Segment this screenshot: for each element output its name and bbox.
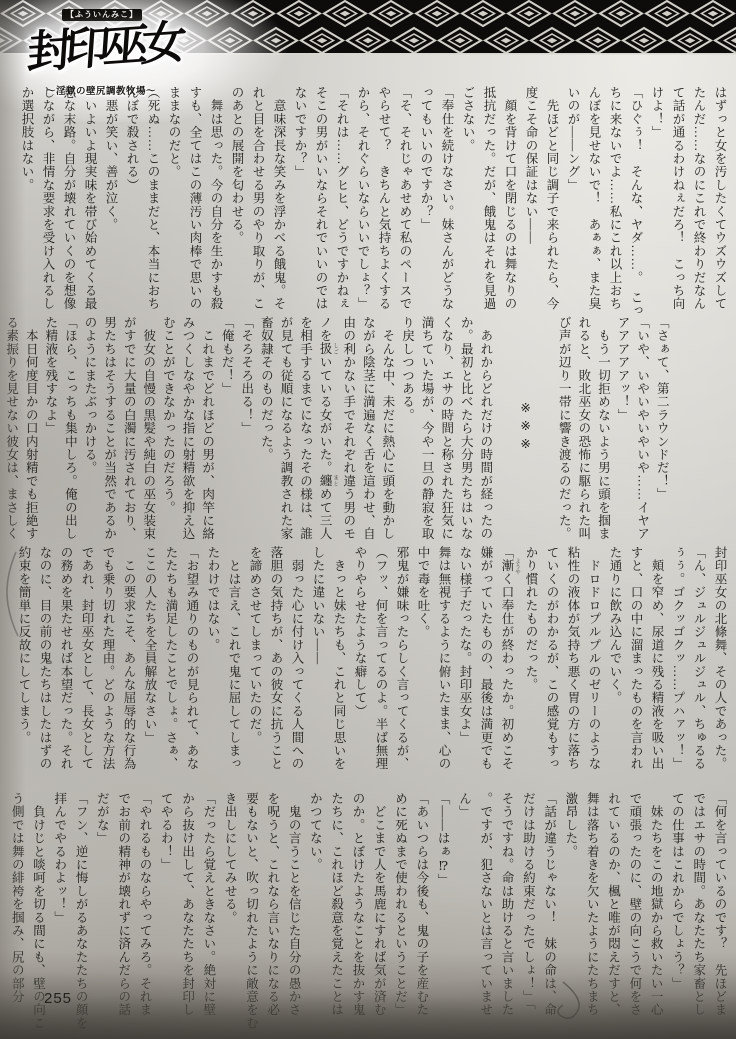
text-column: 悪が笑い、善が泣く。: [100, 86, 121, 307]
text-column: 封印巫女の北條舞、その人であった。: [709, 546, 730, 784]
text-column: ドロドロプルプルのゼリーのような: [583, 546, 604, 784]
text-column: 先ほどと同じ調子で来られたら、今: [541, 86, 562, 307]
text-column: すも、全てはこの薄汚い肉棒で思いの: [184, 86, 205, 307]
text-column: か選択肢はない。: [16, 86, 37, 307]
text-column: ではエサの時間。あなたたち家畜とし: [687, 792, 708, 1018]
text-column: したに違いない――: [307, 546, 328, 784]
text-column: 「ん、ジュルジュルジュル、ちゅるる: [688, 546, 709, 784]
series-logo: 【ふういんみこ】 封印巫女 ～淫獄の壁尻調教牧場～: [28, 4, 238, 97]
text-column: そこの男がいいならそれでいいのでは: [310, 86, 331, 307]
text-column: を呪うと、これなら言いなりになる必: [261, 792, 282, 1018]
text-column: もう一切拒めないよう男に頭を掴ま: [593, 316, 613, 542]
text-column: しながら、非情な要求を受け入れるし: [37, 86, 58, 307]
text-column: 「だったら覚えときなさい。絶対に壁: [198, 792, 219, 1018]
text-column: であれ、封印巫女として、長女として: [76, 546, 97, 784]
text-column: ん」: [453, 792, 474, 1018]
text-column: [534, 316, 554, 542]
text-column: めに死ぬまで使われるということだ」: [389, 792, 410, 1018]
text-column: 「話が違うじゃない！ 妹の命は、命: [538, 792, 559, 1018]
text-column: けよ！」: [646, 86, 667, 307]
text-column: のあとの展開を匂わせる。: [226, 86, 247, 307]
text-column: そんな中、未だに熱心に頭を動かし: [377, 316, 397, 542]
text-column: んぼを見せないで！ あぁぁ、また臭: [583, 86, 604, 307]
text-column: （死ぬ……このままだと、本当におち: [142, 86, 163, 307]
text-column: ごさない。: [457, 86, 478, 307]
text-column: 「それは……グヒヒ、どうですかねぇ: [331, 86, 352, 307]
text-band-3: 封印巫女の北條舞、その人であった。「ん、ジュルジュルジュル、ちゅるるぅぅ。ゴクッ…: [13, 546, 730, 784]
text-column: う側では舞の緋袴を掴み、尻の部分: [6, 792, 27, 1018]
text-column: 「奉仕を続けなさい。妹さんがどうな: [436, 86, 457, 307]
text-column: ての仕事はこれからでしょう？」: [666, 792, 687, 1018]
text-column: 「あいつらは今後も、鬼の子を産むた: [411, 792, 432, 1018]
text-column: 妹たちをこの地獄から救いたい一心: [645, 792, 666, 1018]
text-column: くなり、エサの時間と称された狂気に: [436, 316, 456, 542]
text-column: 邪鬼が嫌味ったらしく言ってくるが、: [391, 546, 412, 784]
novel-page: 【ふういんみこ】 封印巫女 ～淫獄の壁尻調教牧場～ はずっと女を汚したくてウズウ…: [0, 0, 736, 1039]
text-column: 「さぁて、第二ラウンドだ！」: [652, 316, 672, 542]
text-column: あれからどれだけの時間が経ったの: [475, 316, 495, 542]
text-column: のようにまたぶっかける。: [79, 316, 99, 542]
text-column: すと、口の中に溜まったものを言われ: [625, 546, 646, 784]
text-column: から、それぐらいならいいでしょ？」: [352, 86, 373, 307]
text-column: 意味深長な笑みを浮かべる餓鬼。そ: [268, 86, 289, 307]
text-column: 粘性の液体が気持ち悪く胃の方に落ち: [562, 546, 583, 784]
text-column: たんだ……なのにこれで終わりだなん: [688, 86, 709, 307]
text-column: んぼで殺される）: [121, 86, 142, 307]
text-column: 男たちはそうすることが当然であるか: [99, 316, 119, 542]
text-column: ながら陰茎に満遍なく舌を這わせ、自: [358, 316, 378, 542]
text-column: でお前の精神が壊れずに済んだらの話: [112, 792, 133, 1018]
text-column: た精液を残すなよ」: [40, 316, 60, 542]
text-column: そうですね。命は助けると言いました: [496, 792, 517, 1018]
logo-title: 封印巫女: [26, 1, 240, 81]
text-column: たちに、これほど殺意を覚えたことは: [325, 792, 346, 1018]
text-column: どこまで人を馬鹿にすれば気が済む: [368, 792, 389, 1018]
text-column: り戻しつつある。: [397, 316, 417, 542]
text-column: 要もないと、吹っ切れたように敵意をむ: [240, 792, 261, 1018]
page-number: 255: [44, 990, 72, 1007]
text-column: て話が通るわけねぇだろ！ こっち向: [667, 86, 688, 307]
text-column: か。最初と比べたら大分男たちはいな: [456, 316, 476, 542]
text-column: 負けじと啖呵を切る間にも、壁の向こ: [27, 792, 48, 1018]
text-column: [495, 316, 515, 542]
text-column: ノを扱しごいている女がいた。纏まとめて三人: [315, 316, 339, 542]
text-column: から抜け出して、あなたたちを封印し: [176, 792, 197, 1018]
text-column: 「――はぁ⁉」: [432, 792, 453, 1018]
text-column: れているのか、楓と唯が悶えだすと、: [602, 792, 623, 1018]
text-column: 「漸ようやく口奉仕が終わったか。初めこそ: [496, 546, 520, 784]
text-column: いのが――ング」: [562, 86, 583, 307]
text-column: ていくのがわかるが、この感覚もすっ: [541, 546, 562, 784]
text-column: き出しにしてみせる。: [219, 792, 240, 1018]
text-column: 彼女の自慢の黒髪や純白の巫女装束: [138, 316, 158, 542]
text-column: ここの人たちを全員解放なさい」: [139, 546, 160, 784]
text-column: きっと妹たちも、これと同じ思いを: [328, 546, 349, 784]
text-column: かつてない。: [304, 792, 325, 1018]
text-column: 舞は思った。今の自分を生かすも殺: [205, 86, 226, 307]
text-band-1: はずっと女を汚したくてウズウズしてたんだ……なのにこれで終わりだなんて話が通るわ…: [16, 86, 730, 307]
text-column: だけは助ける約束だったでしょ！」「: [517, 792, 538, 1018]
text-column: かり慣れたものだった。: [520, 546, 541, 784]
text-column: 約束を簡単に反故にしてしまう。: [13, 546, 34, 784]
text-column: 「そろそろ出る！」: [236, 316, 256, 542]
text-column: を相手するまでになったその様は、誰: [295, 316, 315, 542]
text-column: ない様子だったな。封印巫女よ」: [454, 546, 475, 784]
text-column: ままなのだと。: [163, 86, 184, 307]
text-column: 由の利かない手でそれぞれ違う男のモ: [338, 316, 358, 542]
text-column: 「俺もだ！」: [217, 316, 237, 542]
text-column: で頑張ったのに、壁の向こうで何をさ: [624, 792, 645, 1018]
text-column: 落胆の気持ちが、あの彼女に抗うこと: [265, 546, 286, 784]
text-column: 「ほら、こっちも集中しろ。俺の出し: [60, 316, 80, 542]
text-column: を諦めさせてしまっていたのだ。: [244, 546, 265, 784]
text-column: むことができなかったのだろう。: [158, 316, 178, 542]
text-column: 「フン、逆に悔しがるあなたたちの顔を: [70, 792, 91, 1018]
text-column: みつくしなやかな指に射精欲を抑え込: [177, 316, 197, 542]
text-column: はずっと女を汚したくてウズウズして: [709, 86, 730, 307]
text-column: [691, 316, 711, 542]
text-column: び声が辺り一帯に響き渡るのだった。: [554, 316, 574, 542]
text-column: てやるわ！」: [155, 792, 176, 1018]
text-column: る素振りを見せない彼女は、まさしく: [1, 316, 21, 542]
text-column: た通りに飲み込んでいく。: [604, 546, 625, 784]
text-column: だがな」: [91, 792, 112, 1018]
text-column: 拝んでやるわよッ！」: [49, 792, 70, 1018]
text-column: の務めを果たせれば本望だった。それ: [55, 546, 76, 784]
text-column: 顔を背けて口を閉じるのは舞なりの: [499, 86, 520, 307]
text-column: ってもいいのですか？」: [415, 86, 436, 307]
text-column: 舞は無視するように俯いたまま、心の: [433, 546, 454, 784]
text-column: 中で毒を吐く。: [412, 546, 433, 784]
text-column: ないですか？」: [289, 86, 310, 307]
text-column: 悪な末路。自分が壊れていくのを想像: [58, 86, 79, 307]
text-column: やりやらせたような癖して）: [349, 546, 370, 784]
text-column: 度こそ命の保証はない――: [520, 86, 541, 307]
text-band-4: 「何を言っているのです？ 先ほどまではエサの時間。あなたたち家畜としての仕事はこ…: [6, 792, 730, 1018]
text-column: がすでに大量の白濁に汚されており、: [119, 316, 139, 542]
text-column: 「お望み通りのものが見られて、あな: [181, 546, 202, 784]
text-column: 。ですが、犯さないとは言っていませ: [474, 792, 495, 1018]
text-column: これまでどれほどの男が、肉竿に絡: [197, 316, 217, 542]
text-column: 「やれるものならやってみろ。それま: [134, 792, 155, 1018]
text-band-2: 「さぁて、第二ラウンドだ！」「いや、いやいやいやいや……イヤアアアアアアッ！」 …: [1, 316, 730, 542]
text-column: 満ちていた場が、今や一旦の静寂を取: [417, 316, 437, 542]
text-column: この要求こそ、あんな屈辱的な行為: [118, 546, 139, 784]
text-column: 「いや、いやいやいやいや……イヤア: [632, 316, 652, 542]
text-column: 「そ、それじゃあせめて私のペースで: [394, 86, 415, 307]
text-column: なのに、目の前の鬼たちはしたはずの: [34, 546, 55, 784]
section-break: ※※※: [514, 316, 534, 542]
text-column: 頬を窄め、尿道に残る精液を吸い出: [646, 546, 667, 784]
text-column: たたちも満足したことでしょ。さぁ、: [160, 546, 181, 784]
text-column: 弱った心に付け入ってくる人間への: [286, 546, 307, 784]
text-column: いよいよ現実味を帯び始めてくる最: [79, 86, 100, 307]
text-column: 本日何度目かの口内射精でも拒絶す: [21, 316, 41, 542]
text-column: 畜奴隷そのものだった。: [256, 316, 276, 542]
text-column: 激昂した。: [560, 792, 581, 1018]
text-column: 嫌がっていたものの、最後は満更でも: [475, 546, 496, 784]
text-column: （フッ、何を言ってるのよ。半ば無理: [370, 546, 391, 784]
text-column: ぅぅ。ゴクッゴクッ……プハァッ！」: [667, 546, 688, 784]
text-column: のか。とぼけたようなことを抜かす鬼: [347, 792, 368, 1018]
text-column: アアアアアッ！」: [612, 316, 632, 542]
text-column: れると、敗北巫女の恐怖に駆られた叫: [573, 316, 593, 542]
text-column: 「ひぐぅ！ そんな、ヤダ……。 こっ: [625, 86, 646, 307]
text-column: でも乗り切れた理由。どのような方法: [97, 546, 118, 784]
text-column: が見ても従順になるよう調教された家: [275, 316, 295, 542]
text-column: 舞は落ち着きを欠いたようにたちまち: [581, 792, 602, 1018]
text-column: 「何を言っているのです？ 先ほどま: [709, 792, 730, 1018]
text-column: たわけではない。: [202, 546, 223, 784]
text-column: [671, 316, 691, 542]
text-column: [710, 316, 730, 542]
text-column: ちに来ないでよ……私にこれ以上おち: [604, 86, 625, 307]
text-column: 鬼の言うことを信じた自分の愚かさ: [283, 792, 304, 1018]
text-column: れと目を合わせる男のやり取りが、こ: [247, 86, 268, 307]
text-column: 抵抗だった。だが、餓鬼はそれを見過: [478, 86, 499, 307]
text-column: とは言え、これで鬼に屈してしまっ: [223, 546, 244, 784]
text-column: やらせて？ きちんと気持ちよくする: [373, 86, 394, 307]
